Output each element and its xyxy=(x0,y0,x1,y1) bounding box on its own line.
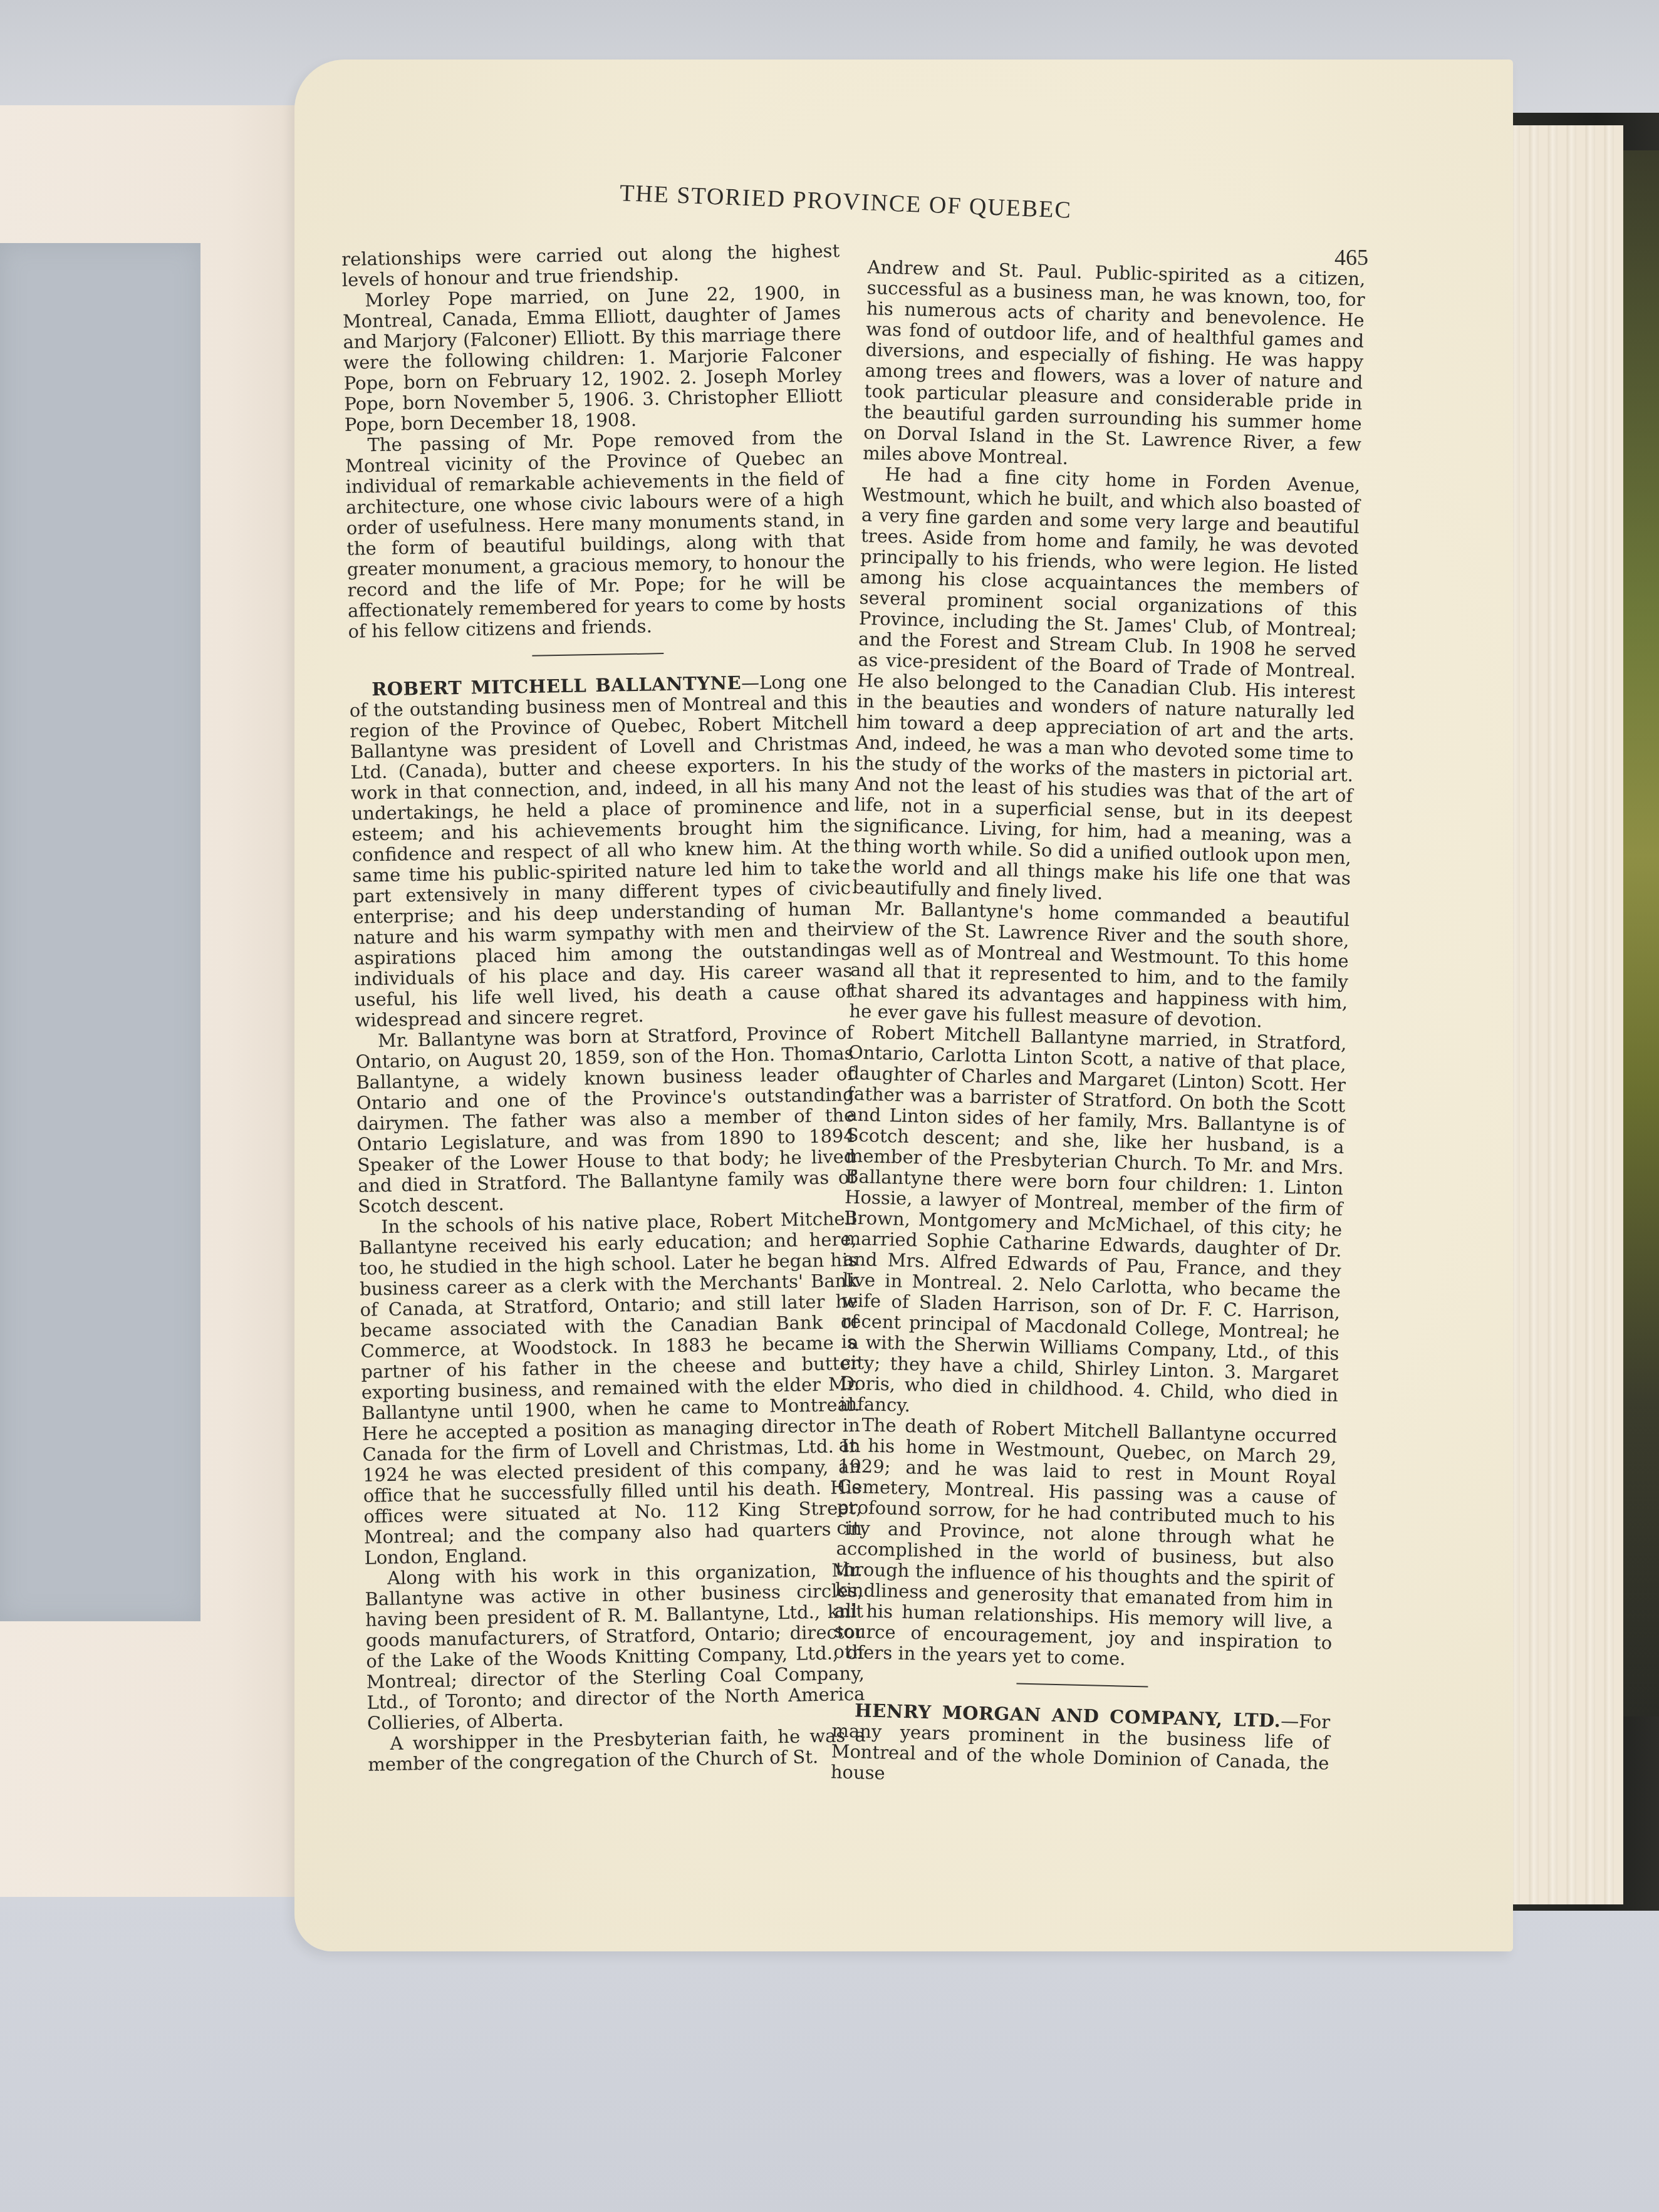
section-divider xyxy=(1016,1683,1148,1687)
paragraph: Andrew and St. Paul. Public-spirited as … xyxy=(863,257,1366,475)
facing-left-page xyxy=(0,105,326,1897)
left-column: relationships were carried out along the… xyxy=(341,241,866,1775)
paragraph: Morley Pope married, on June 22, 1900, i… xyxy=(342,282,843,435)
page-edges xyxy=(1500,125,1623,1904)
page-number: 465 xyxy=(1334,244,1368,271)
paragraph: Mr. Ballantyne was born at Stratford, Pr… xyxy=(355,1022,856,1217)
section-divider xyxy=(532,653,663,657)
paragraph: Robert Mitchell Ballantyne married, in S… xyxy=(840,1022,1347,1426)
marbled-endpaper xyxy=(1623,150,1659,1716)
paragraph: The passing of Mr. Pope removed from the… xyxy=(345,427,846,642)
paragraph: In the schools of his native place, Robe… xyxy=(358,1208,863,1569)
right-column: Andrew and St. Paul. Public-spirited as … xyxy=(830,257,1365,1795)
paragraph: A worshipper in the Presbyterian faith, … xyxy=(367,1725,866,1775)
section-lead-text: —Long one of the outstanding business me… xyxy=(350,670,853,1031)
section-lead-paragraph: ROBERT MITCHELL BALLANTYNE—Long one of t… xyxy=(349,671,853,1031)
paragraph: Mr. Ballantyne's home commanded a beauti… xyxy=(849,898,1350,1034)
photo-plate-placeholder xyxy=(0,243,200,1621)
section-lead-paragraph: HENRY MORGAN AND COMPANY, LTD.—For many … xyxy=(830,1700,1330,1794)
paragraph: The death of Robert Mitchell Ballantyne … xyxy=(833,1414,1337,1674)
paragraph: Along with his work in this organization… xyxy=(365,1560,865,1734)
paragraph: He had a fine city home in Forden Avenue… xyxy=(852,464,1361,910)
